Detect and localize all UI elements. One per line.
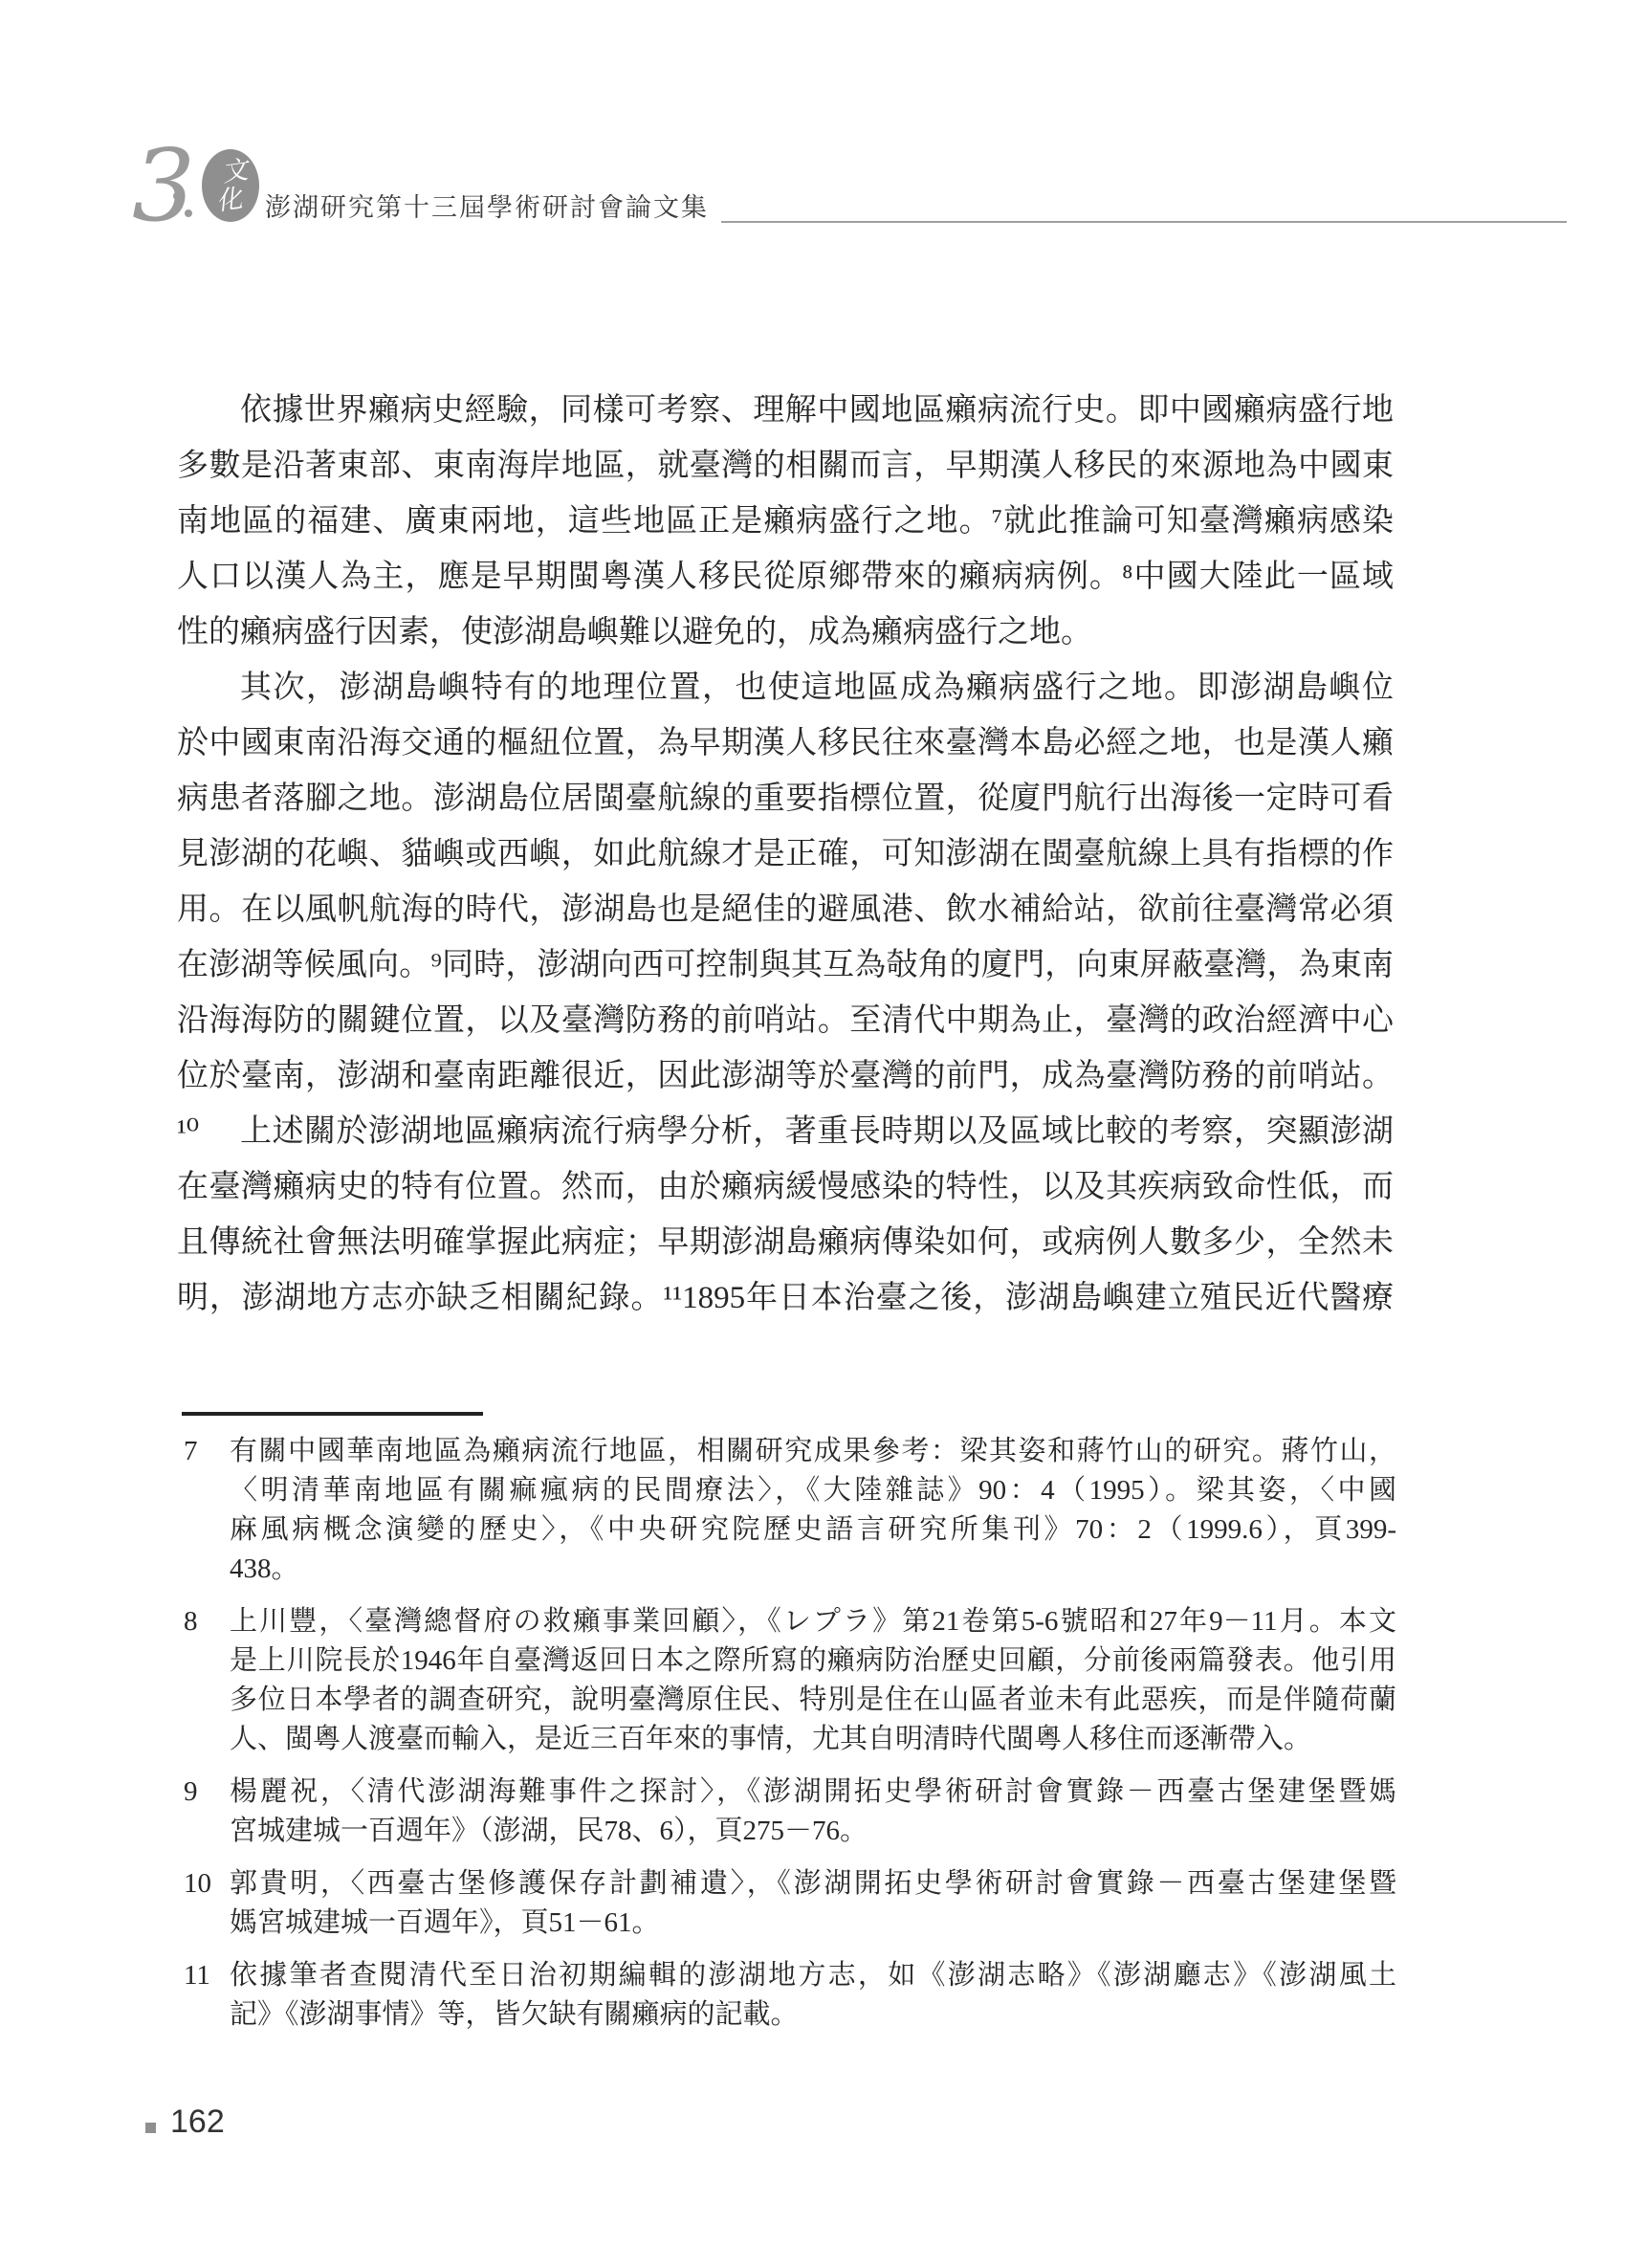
footnote-number: 10 — [184, 1864, 222, 1904]
logo-colon-dot-icon — [173, 192, 181, 200]
footnote-line: 〈明清華南地區有關痲瘋病的民間療法〉，《大陸雜誌》90：4（1995）。梁其姿，… — [230, 1471, 1396, 1510]
footnote-line: 郭貴明，〈西臺古堡修護保存計劃補遺〉，《澎湖開拓史學術研討會實錄－西臺古堡建堡暨 — [230, 1864, 1396, 1904]
footnote-11: 11 依據筆者查閱清代至日治初期編輯的澎湖地方志，如《澎湖志略》《澎湖廳志》《澎… — [184, 1956, 1396, 2035]
body-line: 位於臺南，澎湖和臺南距離很近，因此澎湖等於臺灣的前門，成為臺灣防務的前哨站。¹⁰ — [177, 1048, 1394, 1104]
body-line: 在臺灣癩病史的特有位置。然而，由於癩病緩慢感染的特性，以及其疾病致命性低，而 — [177, 1159, 1394, 1215]
footnote-line: 上川豐，〈臺灣總督府の救癩事業回顧〉，《レプラ》第21卷第5-6號昭和27年9－… — [230, 1602, 1396, 1641]
footnote-line: 人、閩粵人渡臺而輸入，是近三百年來的事情，尤其自明清時代閩粵人移住而逐漸帶入。 — [230, 1720, 1396, 1759]
footnote-number: 7 — [184, 1432, 222, 1471]
body-line: 多數是沿著東部、東南海岸地區，就臺灣的相關而言，早期漢人移民的來源地為中國東 — [177, 438, 1394, 494]
body-line: 用。在以風帆航海的時代，澎湖島也是絕佳的避風港、飲水補給站，欲前往臺灣常必須 — [177, 882, 1394, 937]
logo-colon-dot-icon — [185, 209, 192, 217]
body-line: 在澎湖等候風向。⁹同時，澎湖向西可控制與其互為敧角的廈門，向東屏蔽臺灣，為東南 — [177, 937, 1394, 993]
header-rule — [721, 221, 1567, 223]
footnote-line: 記》《澎湖事情》等，皆欠缺有關癩病的記載。 — [230, 1995, 1396, 2035]
book-title: 澎湖研究第十三屆學術研討會論文集 — [265, 193, 709, 222]
badge-char: 文 — [220, 155, 250, 187]
page-number: 162 — [170, 2103, 225, 2141]
footnote-separator — [182, 1412, 483, 1416]
series-logo-numeral: 3 — [132, 136, 195, 235]
footnote-number: 11 — [184, 1956, 222, 1995]
footnote-9: 9 楊麗祝，〈清代澎湖海難事件之探討〉，《澎湖開拓史學術研討會實錄－西臺古堡建堡… — [184, 1773, 1396, 1851]
footnote-line: 媽宮城建城一百週年》，頁51－61。 — [230, 1904, 1396, 1943]
footnote-number: 9 — [184, 1773, 222, 1812]
body-line: 於中國東南沿海交通的樞紐位置，為早期漢人移民往來臺灣本島必經之地，也是漢人癩 — [177, 716, 1394, 771]
footnote-line: 楊麗祝，〈清代澎湖海難事件之探討〉，《澎湖開拓史學術研討會實錄－西臺古堡建堡暨媽 — [230, 1773, 1396, 1812]
body-line: 上述關於澎湖地區癩病流行病學分析，著重長時期以及區域比較的考察，突顯澎湖 — [177, 1104, 1394, 1159]
body-line: 其次，澎湖島嶼特有的地理位置，也使這地區成為癩病盛行之地。即澎湖島嶼位 — [177, 660, 1394, 716]
footnote-number: 8 — [184, 1602, 222, 1641]
footnote-line: 是上川院長於1946年自臺灣返回日本之際所寫的癩病防治歷史回顧，分前後兩篇發表。… — [230, 1641, 1396, 1681]
footnote-line: 依據筆者查閱清代至日治初期編輯的澎湖地方志，如《澎湖志略》《澎湖廳志》《澎湖風土 — [230, 1956, 1396, 1995]
document-page: 3 文 化 澎湖研究第十三屆學術研討會論文集 依據世界癩病史經驗，同樣可考察、理… — [0, 0, 1626, 2268]
footnote-line: 麻風病概念演變的歷史〉，《中央研究院歷史語言研究所集刊》70：2（1999.6）… — [230, 1510, 1396, 1550]
page-number-marker-icon — [145, 2123, 156, 2133]
culture-badge-icon: 文 化 — [202, 149, 259, 222]
badge-char: 化 — [214, 184, 244, 215]
body-line: 明，澎湖地方志亦缺乏相關紀錄。¹¹1895年日本治臺之後，澎湖島嶼建立殖民近代醫… — [177, 1270, 1394, 1326]
body-line: 依據世界癩病史經驗，同樣可考察、理解中國地區癩病流行史。即中國癩病盛行地 — [177, 383, 1394, 438]
footnote-line: 有關中國華南地區為癩病流行地區，相關研究成果參考：梁其姿和蔣竹山的研究。蔣竹山， — [230, 1432, 1396, 1471]
footnote-10: 10 郭貴明，〈西臺古堡修護保存計劃補遺〉，《澎湖開拓史學術研討會實錄－西臺古堡… — [184, 1864, 1396, 1943]
body-line: 沿海海防的關鍵位置，以及臺灣防務的前哨站。至清代中期為止，臺灣的政治經濟中心 — [177, 993, 1394, 1048]
body-line: 病患者落腳之地。澎湖島位居閩臺航線的重要指標位置，從廈門航行出海後一定時可看 — [177, 771, 1394, 826]
body-line: 性的癩病盛行因素，使澎湖島嶼難以避免的，成為癩病盛行之地。 — [177, 605, 1394, 660]
body-line: 南地區的福建、廣東兩地，這些地區正是癩病盛行之地。⁷就此推論可知臺灣癩病感染 — [177, 494, 1394, 549]
footnote-line: 多位日本學者的調查研究，說明臺灣原住民、特別是住在山區者並未有此惡疾，而是伴隨荷… — [230, 1681, 1396, 1720]
footnote-line: 438。 — [230, 1550, 1396, 1589]
body-line: 人口以漢人為主，應是早期閩粵漢人移民從原鄉帶來的癩病病例。⁸中國大陸此一區域 — [177, 549, 1394, 605]
body-line: 且傳統社會無法明確掌握此病症；早期澎湖島癩病傳染如何，或病例人數多少，全然未 — [177, 1215, 1394, 1270]
footnote-8: 8 上川豐，〈臺灣總督府の救癩事業回顧〉，《レプラ》第21卷第5-6號昭和27年… — [184, 1602, 1396, 1759]
footnotes-section: 7 有關中國華南地區為癩病流行地區，相關研究成果參考：梁其姿和蔣竹山的研究。蔣竹… — [184, 1432, 1396, 2048]
footnote-7: 7 有關中國華南地區為癩病流行地區，相關研究成果參考：梁其姿和蔣竹山的研究。蔣竹… — [184, 1432, 1396, 1589]
body-line: 見澎湖的花嶼、貓嶼或西嶼，如此航線才是正確，可知澎湖在閩臺航線上具有指標的作 — [177, 826, 1394, 882]
footnote-line: 宮城建城一百週年》（澎湖，民78、6），頁275－76。 — [230, 1812, 1396, 1851]
main-text: 依據世界癩病史經驗，同樣可考察、理解中國地區癩病流行史。即中國癩病盛行地 多數是… — [177, 383, 1394, 1326]
